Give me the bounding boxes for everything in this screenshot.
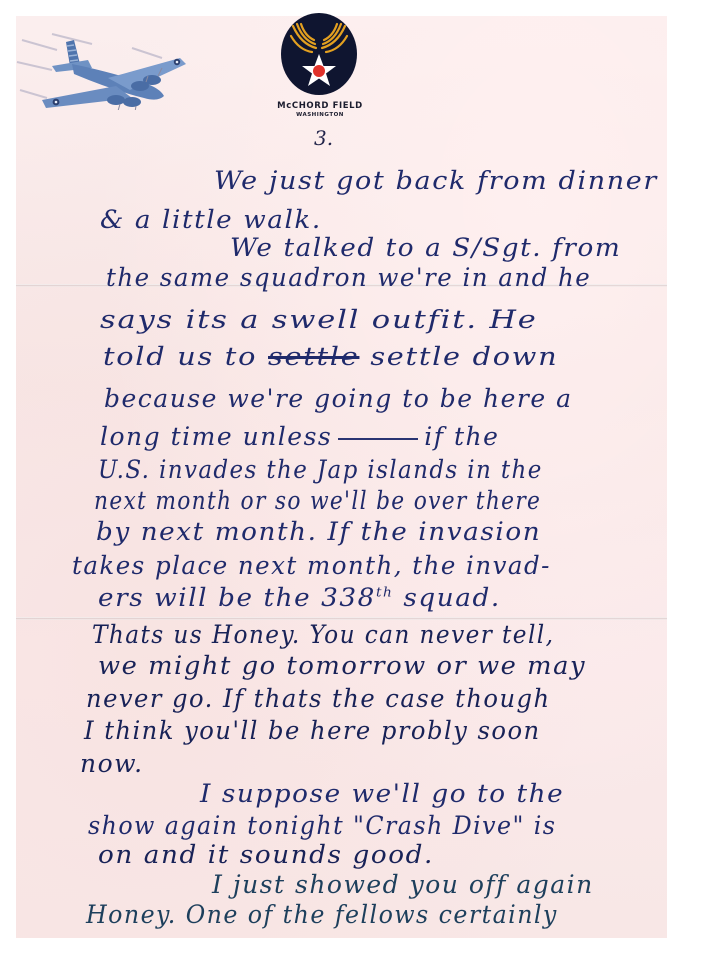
letter-line-8-start: long time unless	[100, 422, 332, 451]
letter-line-13-end: squad.	[403, 583, 500, 612]
struck-word: settle	[268, 342, 359, 371]
letter-line-23: Honey. One of the fellows certainly	[86, 900, 558, 929]
letter-line-11: by next month. If the invasion	[96, 517, 541, 546]
page-number: 3.	[314, 126, 333, 150]
bomber-airplane-icon	[12, 20, 192, 110]
letter-line-7: because we're going to be here a	[104, 384, 573, 413]
letter-line-5: says its a swell outfit. He	[100, 305, 538, 334]
letter-line-6: told us to settle settle down	[103, 342, 558, 371]
letter-line-6-end: settle down	[370, 342, 558, 371]
letter-line-10: next month or so we'll be over there	[94, 486, 541, 515]
letterhead-subtitle: WASHINGTON	[250, 112, 390, 118]
letter-line-20: show again tonight "Crash Dive" is	[88, 811, 556, 840]
letter-line-12: takes place next month, the invad-	[72, 551, 551, 580]
letter-line-4: the same squadron we're in and he	[106, 263, 591, 292]
letter-line-2: & a little walk.	[100, 205, 322, 234]
letter-line-17: I think you'll be here probly soon	[84, 716, 541, 745]
letter-line-21: on and it sounds good.	[98, 840, 434, 869]
ordinal-suffix: th	[376, 586, 393, 601]
letterhead-title: McCHORD FIELD	[250, 101, 390, 111]
letter-line-19: I suppose we'll go to the	[200, 779, 564, 808]
blank-underline	[338, 438, 418, 440]
letter-line-16: never go. If thats the case though	[86, 684, 551, 713]
letter-line-8-end: if the	[424, 422, 499, 451]
letter-line-13: ers will be the 338th squad.	[98, 583, 501, 612]
letter-line-6-start: told us to	[103, 342, 257, 371]
letter-line-3: We talked to a S/Sgt. from	[230, 233, 621, 262]
letter-line-14: Thats us Honey. You can never tell,	[92, 620, 554, 649]
letter-line-15: we might go tomorrow or we may	[98, 651, 586, 680]
army-air-forces-emblem-icon	[279, 12, 359, 96]
letter-line-8: long time unlessif the	[100, 422, 499, 451]
letter-line-22: I just showed you off again	[212, 870, 594, 899]
letter-line-9: U.S. invades the Jap islands in the	[98, 455, 543, 484]
letter-line-18: now.	[80, 749, 144, 778]
letter-line-13-start: ers will be the 338	[98, 583, 376, 612]
letter-line-1: We just got back from dinner	[214, 166, 658, 195]
